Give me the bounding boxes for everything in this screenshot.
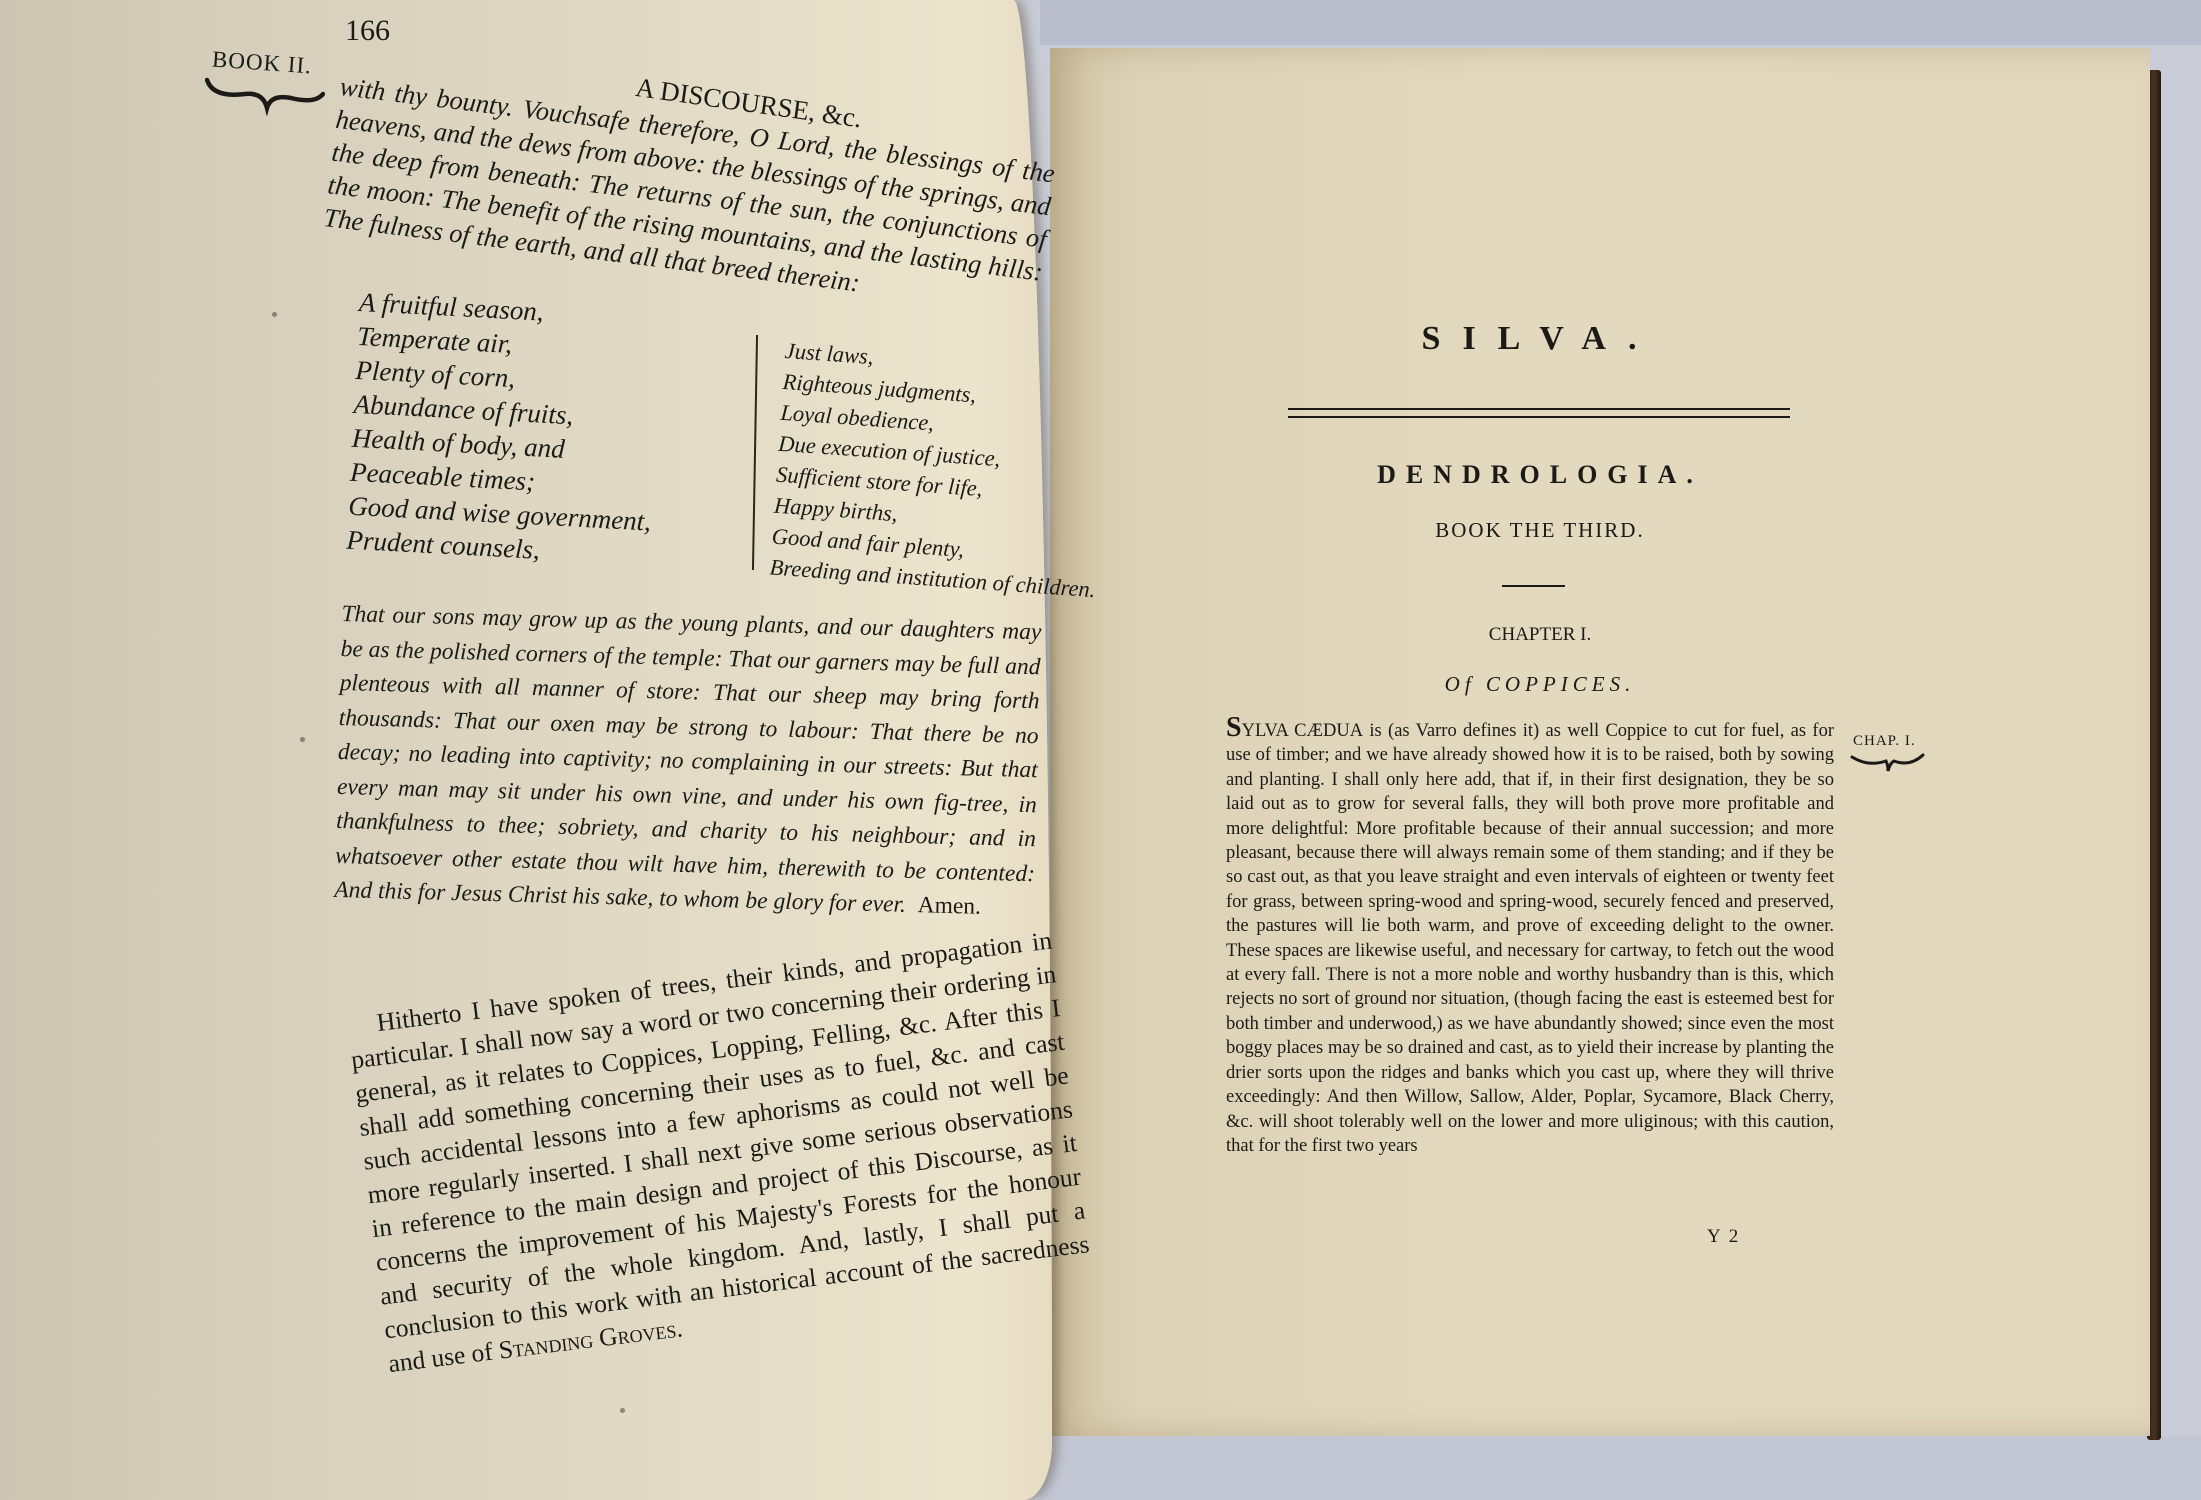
paper-speck	[300, 737, 305, 742]
book-subtitle: DENDROLOGIA.	[1240, 460, 1840, 490]
column-divider	[752, 335, 758, 570]
left-page-content: 166 BOOK II. A DISCOURSE, &c. with thy b…	[0, 0, 1052, 1500]
book-title: SILVA.	[1240, 320, 1840, 358]
signature-mark: Y 2	[1707, 1226, 1740, 1248]
transition-paragraph: Hitherto I have spoken of trees, their k…	[345, 923, 1095, 1381]
page-number: 166	[345, 14, 390, 48]
brace-ornament-icon	[205, 76, 325, 116]
blessings-list-right: Just laws, Righteous judgments, Loyal ob…	[769, 335, 1112, 605]
chapter-margin-note: CHAP. I.	[1853, 733, 1916, 750]
double-rule-divider	[1288, 408, 1790, 418]
paper-speck	[272, 312, 277, 317]
book-margin-note: BOOK II.	[211, 47, 313, 80]
background-surface-bottom	[1040, 1436, 2201, 1500]
book-part-heading: BOOK THE THIRD.	[1240, 518, 1840, 543]
drop-cap: S	[1226, 712, 1242, 743]
blessings-list-left: A fruitful season, Temperate air, Plenty…	[346, 285, 663, 572]
lead-in-text: YLVA CÆDUA	[1242, 721, 1363, 741]
body-paragraph: is (as Varro defines it) as well Coppice…	[1226, 721, 1834, 1156]
transition-text: Hitherto I have spoken of trees, their k…	[349, 925, 1090, 1378]
prayer-text: That our sons may grow up as the young p…	[334, 601, 1042, 918]
chapter-title: Of COPPICES.	[1240, 672, 1840, 697]
short-rule-divider	[1502, 585, 1565, 587]
chapter-heading: CHAPTER I.	[1240, 624, 1840, 646]
brace-ornament-icon	[1850, 751, 1925, 773]
amen-text: Amen.	[917, 892, 981, 920]
paper-speck	[620, 1408, 625, 1413]
chapter-body-text: SYLVA CÆDUA is (as Varro defines it) as …	[1226, 716, 1834, 1158]
prayer-paragraph: That our sons may grow up as the young p…	[334, 597, 1042, 926]
background-surface-top	[1040, 0, 2201, 45]
